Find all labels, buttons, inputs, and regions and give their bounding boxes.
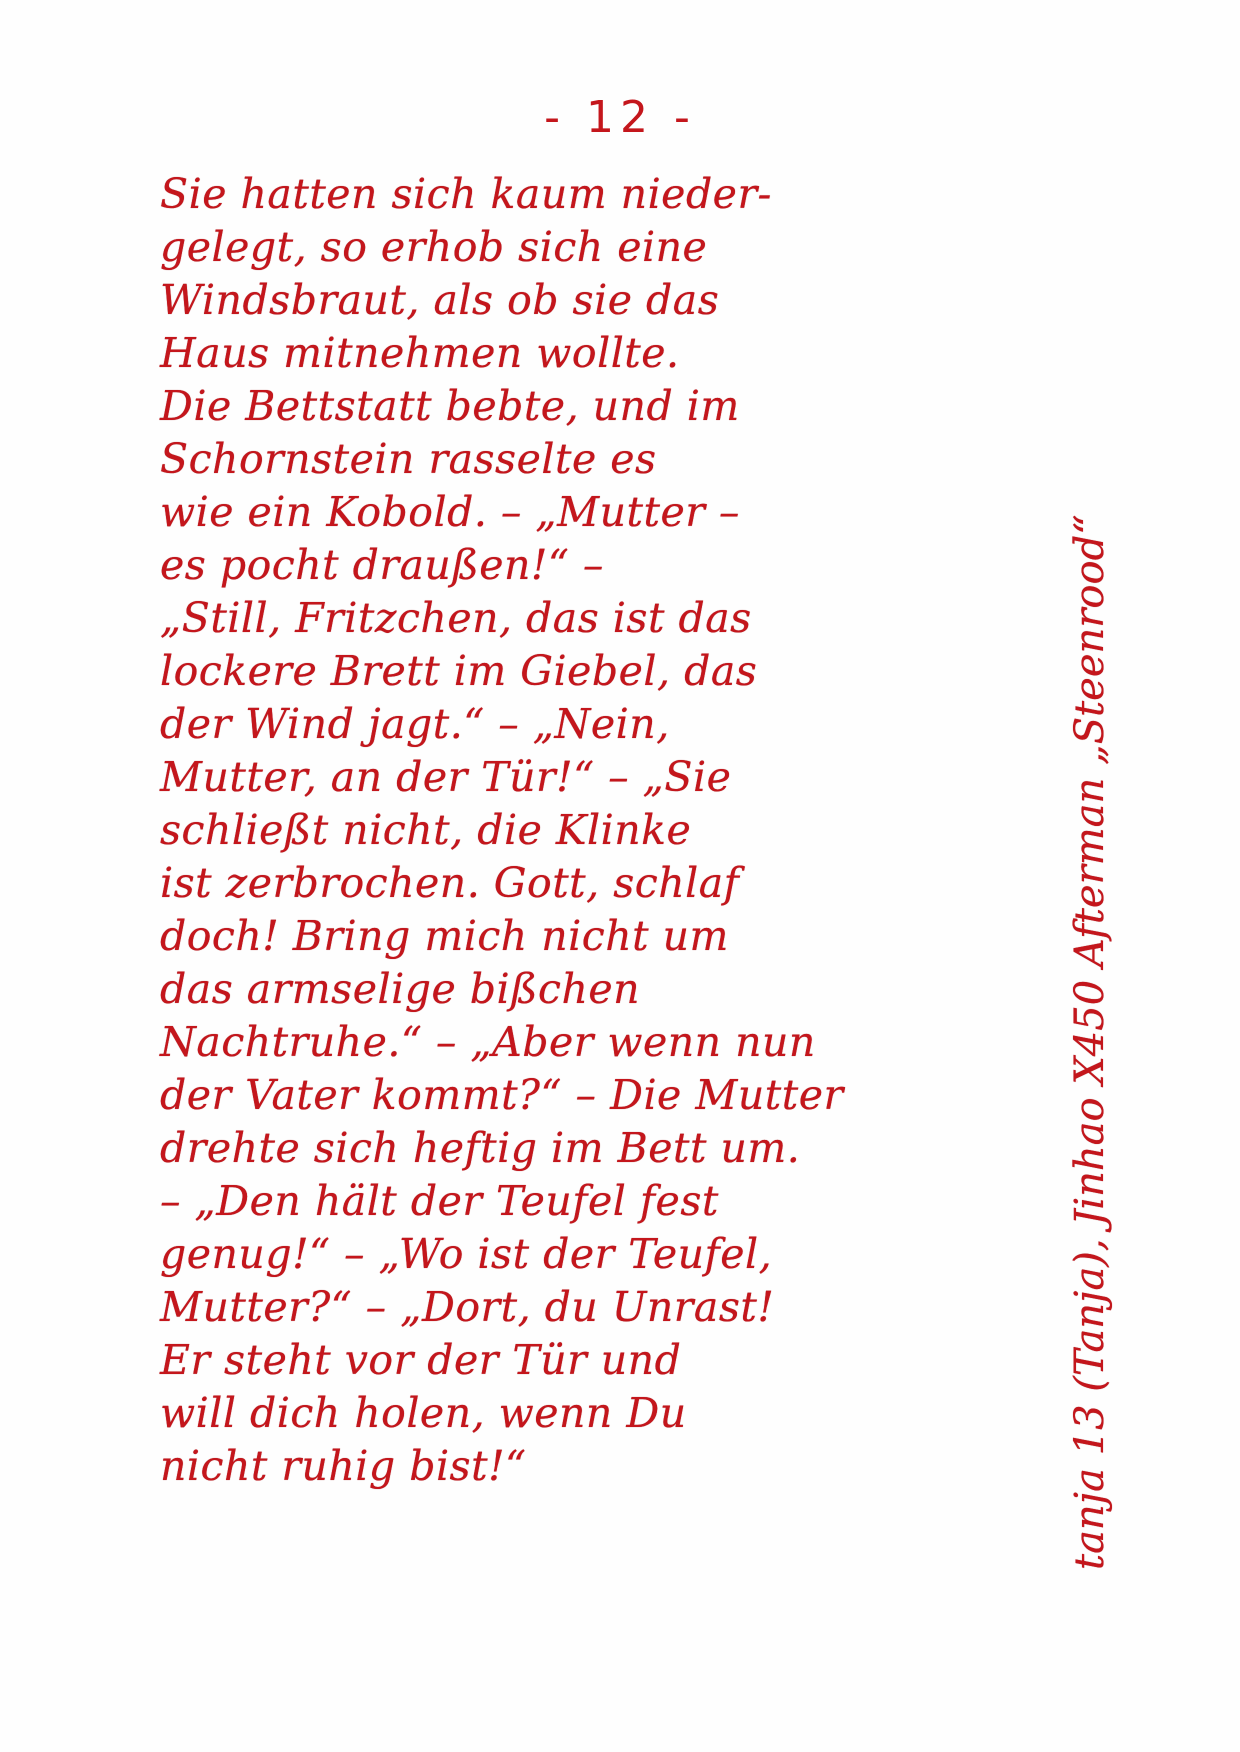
text-line: es pocht draußen!“ – — [160, 539, 1050, 592]
text-line: doch! Bring mich nicht um — [160, 910, 1050, 963]
text-line: „Still, Fritzchen, das ist das — [160, 592, 1050, 645]
text-line: Er steht vor der Tür und — [160, 1334, 1050, 1387]
text-line: – „Den hält der Teufel fest — [160, 1175, 1050, 1228]
text-line: ist zerbrochen. Gott, schlaf — [160, 857, 1050, 910]
text-line: Schornstein rasselte es — [160, 433, 1050, 486]
text-line: drehte sich heftig im Bett um. — [160, 1122, 1050, 1175]
text-line: der Wind jagt.“ – „Nein, — [160, 698, 1050, 751]
text-line: Haus mitnehmen wollte. — [160, 327, 1050, 380]
text-line: schließt nicht, die Klinke — [160, 804, 1050, 857]
text-line: wie ein Kobold. – „Mutter – — [160, 486, 1050, 539]
text-line: Mutter, an der Tür!“ – „Sie — [160, 751, 1050, 804]
text-line: der Vater kommt?“ – Die Mutter — [160, 1069, 1050, 1122]
text-line: Nachtruhe.“ – „Aber wenn nun — [160, 1016, 1050, 1069]
text-line: lockere Brett im Giebel, das — [160, 645, 1050, 698]
text-line: Sie hatten sich kaum nieder- — [160, 168, 1050, 221]
handwritten-text-block: Sie hatten sich kaum nieder- gelegt, so … — [160, 168, 1050, 1493]
text-line: genug!“ – „Wo ist der Teufel, — [160, 1228, 1050, 1281]
text-line: das armselige bißchen — [160, 963, 1050, 1016]
text-line: nicht ruhig bist!“ — [160, 1440, 1050, 1493]
vertical-margin-annotation: tanja 13 (Tanja), Jinhao X450 Afterman „… — [1060, 170, 1120, 1570]
text-line: gelegt, so erhob sich eine — [160, 221, 1050, 274]
text-line: Windsbraut, als ob sie das — [160, 274, 1050, 327]
manuscript-page: - 12 - Sie hatten sich kaum nieder- gele… — [0, 0, 1240, 1752]
text-line: Mutter?“ – „Dort, du Unrast! — [160, 1281, 1050, 1334]
page-number: - 12 - — [0, 92, 1240, 143]
text-line: Die Bettstatt bebte, und im — [160, 380, 1050, 433]
text-line: will dich holen, wenn Du — [160, 1387, 1050, 1440]
